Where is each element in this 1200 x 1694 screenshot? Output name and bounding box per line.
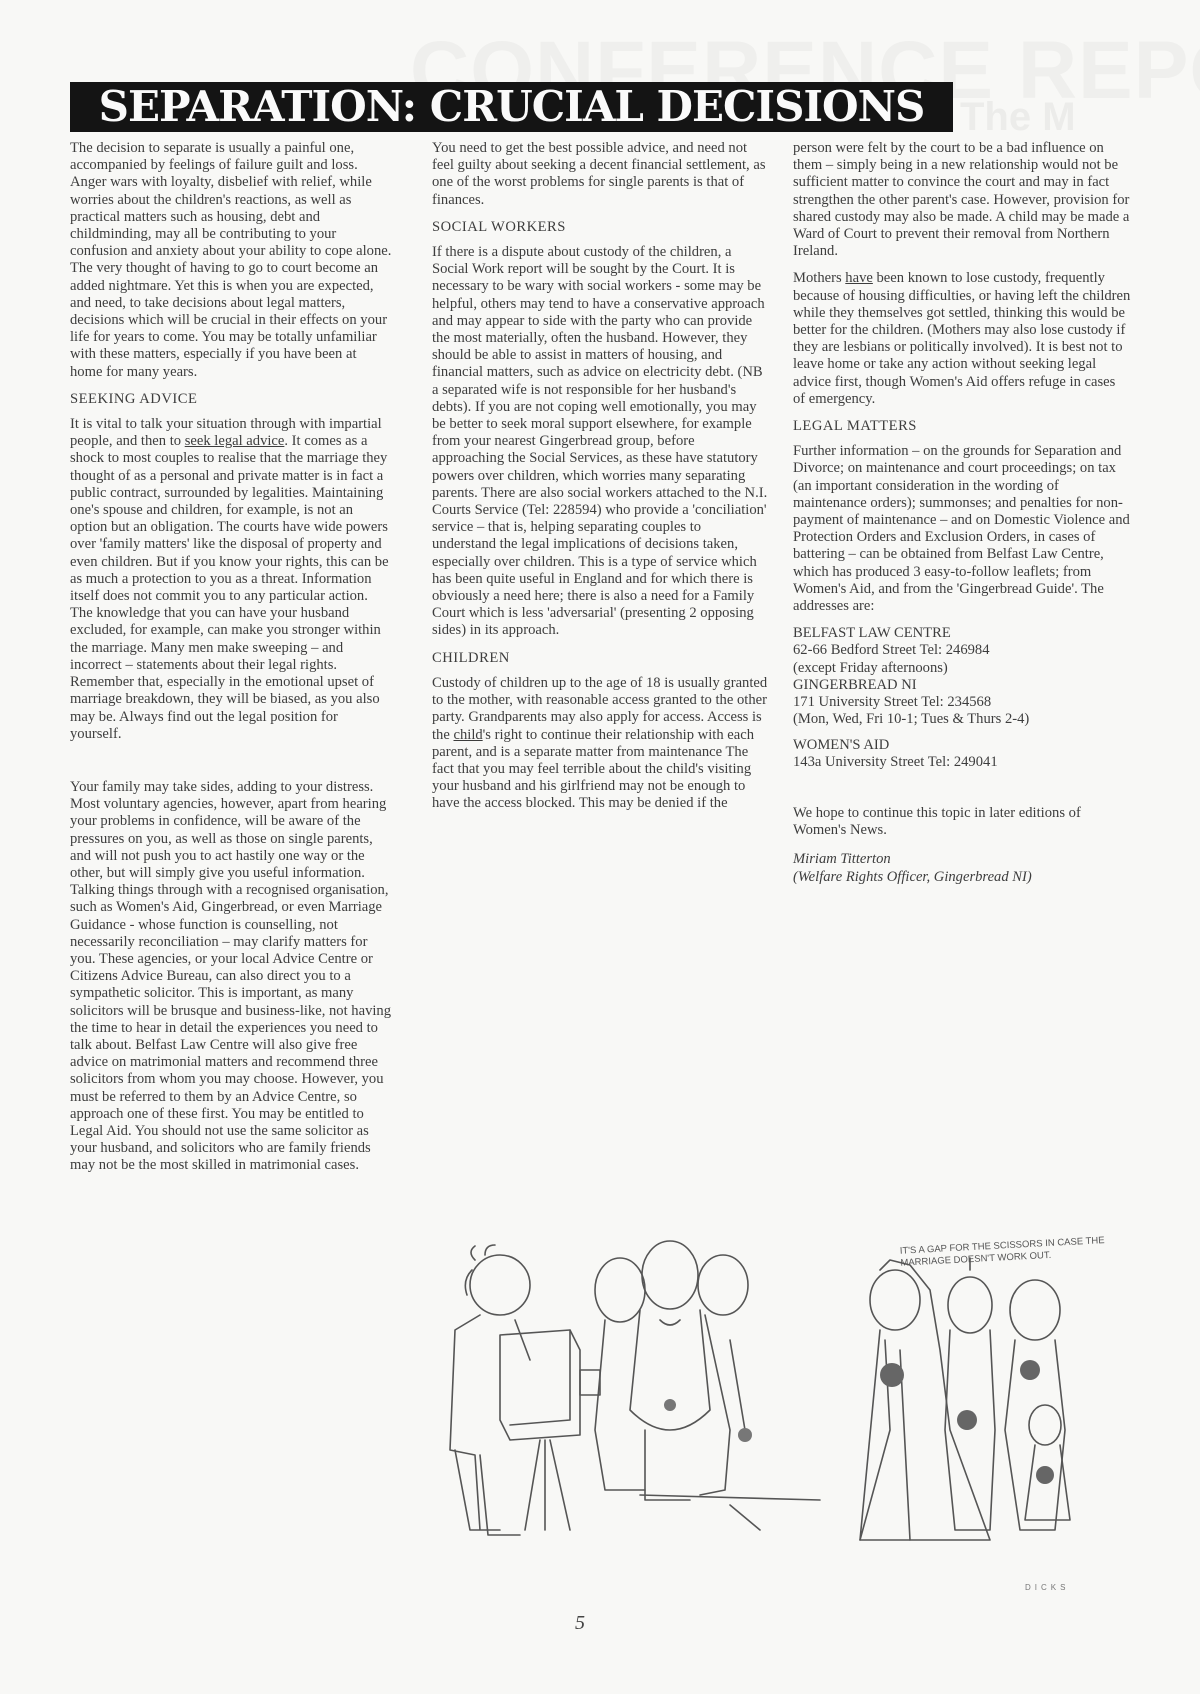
camera-icon bbox=[500, 1330, 600, 1530]
address-block-womens-aid: WOMEN'S AID 143a University Street Tel: … bbox=[793, 737, 1131, 771]
spacer bbox=[70, 753, 392, 779]
groom-group bbox=[595, 1241, 752, 1500]
article-column-2: You need to get the best possible advice… bbox=[432, 140, 768, 823]
family-sides-paragraph: Your family may take sides, adding to yo… bbox=[70, 779, 392, 1175]
address-line: 62-66 Bedford Street Tel: 246984 bbox=[793, 642, 1131, 659]
emphasis-child: child bbox=[453, 727, 482, 743]
best-advice-paragraph: You need to get the best possible advice… bbox=[432, 140, 768, 209]
photographer-figure bbox=[450, 1245, 530, 1535]
emphasis-seek-legal-advice: seek legal advice bbox=[185, 433, 285, 449]
address-note: (except Friday afternoons) bbox=[793, 660, 1131, 677]
spacer bbox=[793, 779, 1131, 805]
address-name: GINGERBREAD NI bbox=[793, 677, 1131, 694]
address-line: 143a University Street Tel: 249041 bbox=[793, 754, 1131, 771]
custody-continuation-paragraph: person were felt by the court to be a ba… bbox=[793, 140, 1131, 260]
section-heading-social-workers: SOCIAL WORKERS bbox=[432, 219, 768, 236]
address-line: 171 University Street Tel: 234568 bbox=[793, 694, 1131, 711]
article-column-1: The decision to separate is usually a pa… bbox=[70, 140, 392, 1185]
intro-paragraph: The decision to separate is usually a pa… bbox=[70, 140, 392, 381]
author-name: Miriam Titterton bbox=[793, 851, 1131, 868]
author-signature: Miriam Titterton (Welfare Rights Officer… bbox=[793, 851, 1131, 885]
wedding-cartoon-illustration bbox=[430, 1230, 1140, 1590]
text-run: been known to lose custody, frequently b… bbox=[793, 270, 1130, 406]
author-role: (Welfare Rights Officer, Gingerbread NI) bbox=[793, 869, 1131, 886]
closing-paragraph: We hope to continue this topic in later … bbox=[793, 805, 1131, 839]
page-title: SEPARATION: CRUCIAL DECISIONS bbox=[70, 82, 953, 132]
page-number: 5 bbox=[575, 1612, 585, 1635]
section-heading-legal-matters: LEGAL MATTERS bbox=[793, 418, 1131, 435]
address-block-law-centre: BELFAST LAW CENTRE 62-66 Bedford Street … bbox=[793, 625, 1131, 728]
address-name: WOMEN'S AID bbox=[793, 737, 1131, 754]
seeking-advice-paragraph: It is vital to talk your situation throu… bbox=[70, 416, 392, 743]
address-note: (Mon, Wed, Fri 10-1; Tues & Thurs 2-4) bbox=[793, 711, 1131, 728]
mothers-paragraph: Mothers have been known to lose custody,… bbox=[793, 270, 1131, 408]
section-heading-children: CHILDREN bbox=[432, 650, 768, 667]
children-paragraph: Custody of children up to the age of 18 … bbox=[432, 675, 768, 813]
cartoonist-signature: DICKS bbox=[1025, 1583, 1069, 1592]
emphasis-have: have bbox=[845, 270, 873, 286]
section-heading-seeking-advice: SEEKING ADVICE bbox=[70, 391, 392, 408]
text-run: . It comes as a shock to most couples to… bbox=[70, 433, 389, 741]
text-run: Mothers bbox=[793, 270, 845, 286]
address-name: BELFAST LAW CENTRE bbox=[793, 625, 1131, 642]
bride-group bbox=[860, 1258, 1070, 1540]
article-column-3: person were felt by the court to be a ba… bbox=[793, 140, 1131, 886]
social-workers-paragraph: If there is a dispute about custody of t… bbox=[432, 244, 768, 640]
legal-matters-paragraph: Further information – on the grounds for… bbox=[793, 443, 1131, 615]
background-banner-subtext: The M bbox=[960, 95, 1076, 140]
